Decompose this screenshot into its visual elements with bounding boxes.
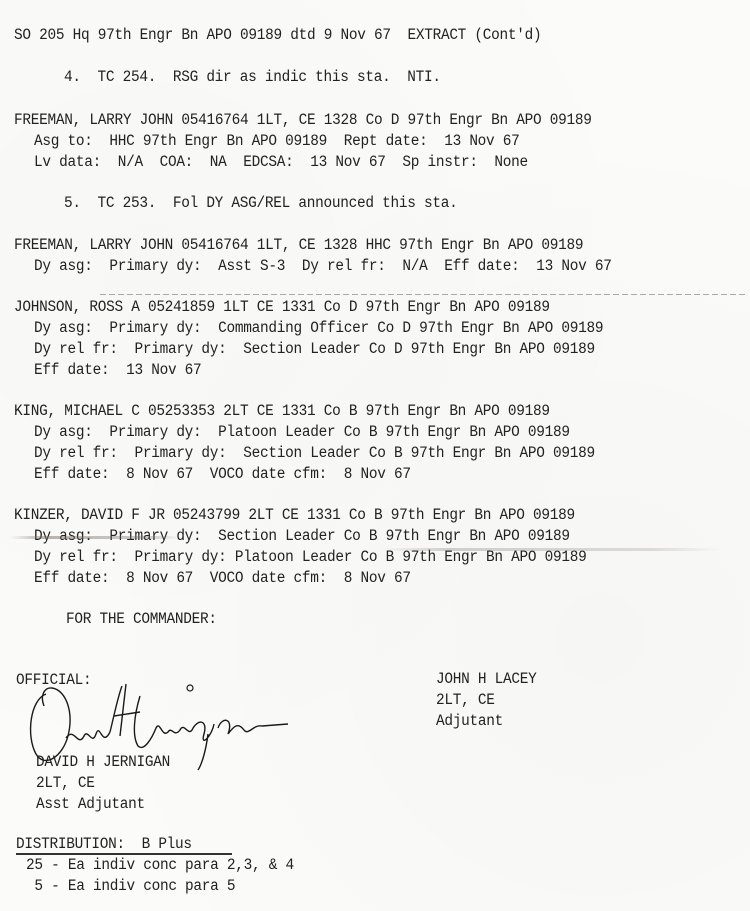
- signer-name: DAVID H JERNIGAN: [36, 752, 170, 772]
- signer-rank: 2LT, CE: [36, 773, 95, 793]
- commander-name: JOHN H LACEY: [436, 669, 536, 689]
- entry-line: JOHNSON, ROSS A 05241859 1LT CE 1331 Co …: [14, 297, 550, 317]
- faint-rule: [100, 294, 748, 295]
- entry-line: Dy asg: Primary dy: Asst S-3 Dy rel fr: …: [34, 256, 612, 276]
- entry-line: Asg to: HHC 97th Engr Bn APO 09189 Rept …: [34, 131, 520, 151]
- paper-smudge: [380, 548, 720, 551]
- paragraph-5-heading: 5. TC 253. Fol DY ASG/REL announced this…: [64, 193, 457, 213]
- commander-rank: 2LT, CE: [436, 690, 495, 710]
- signer-title: Asst Adjutant: [36, 794, 145, 814]
- entry-line: Eff date: 13 Nov 67: [34, 360, 201, 380]
- entry-line: Dy rel fr: Primary dy: Section Leader Co…: [34, 443, 595, 463]
- paper-smudge: [10, 536, 180, 539]
- entry-line: Dy rel fr: Primary dy: Section Leader Co…: [34, 339, 595, 359]
- for-the-commander: FOR THE COMMANDER:: [66, 609, 217, 629]
- entry-line: KING, MICHAEL C 05253353 2LT CE 1331 Co …: [14, 401, 550, 421]
- entry-line: FREEMAN, LARRY JOHN 05416764 1LT, CE 132…: [14, 110, 592, 130]
- entry-line: Eff date: 8 Nov 67 VOCO date cfm: 8 Nov …: [34, 568, 411, 588]
- commander-title: Adjutant: [436, 711, 503, 731]
- document-page: SO 205 Hq 97th Engr Bn APO 09189 dtd 9 N…: [0, 0, 750, 911]
- paragraph-4-heading: 4. TC 254. RSG dir as indic this sta. NT…: [64, 67, 441, 87]
- entry-line: Lv data: N/A COA: NA EDCSA: 13 Nov 67 Sp…: [34, 152, 528, 172]
- distribution-item: 25 - Ea indiv conc para 2,3, & 4: [26, 855, 294, 875]
- entry-line: Dy asg: Primary dy: Commanding Officer C…: [34, 318, 603, 338]
- document-header: SO 205 Hq 97th Engr Bn APO 09189 dtd 9 N…: [14, 25, 541, 45]
- entry-line: Dy asg: Primary dy: Platoon Leader Co B …: [34, 422, 570, 442]
- entry-line: KINZER, DAVID F JR 05243799 2LT CE 1331 …: [14, 505, 575, 525]
- entry-line: Eff date: 8 Nov 67 VOCO date cfm: 8 Nov …: [34, 464, 411, 484]
- distribution-label: DISTRIBUTION: B Plus: [16, 834, 192, 854]
- distribution-item: 5 - Ea indiv conc para 5: [26, 876, 235, 896]
- entry-line: FREEMAN, LARRY JOHN 05416764 1LT, CE 132…: [14, 235, 583, 255]
